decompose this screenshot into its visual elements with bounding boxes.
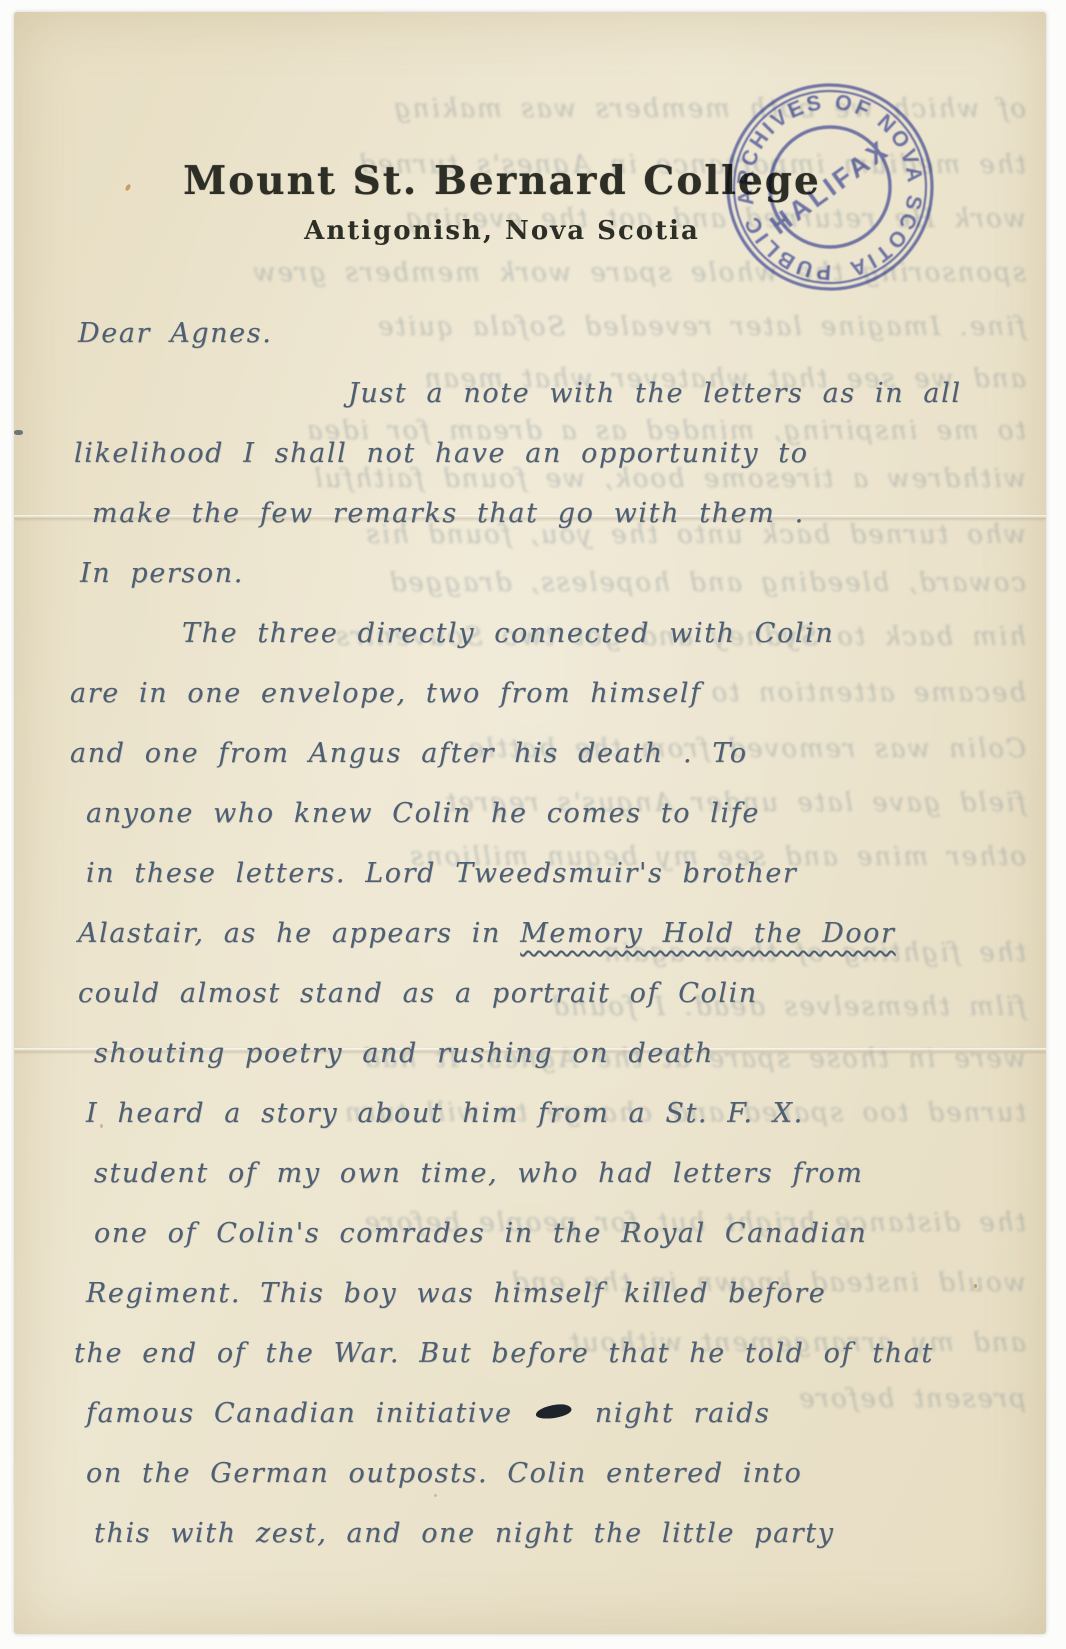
handwriting-segment: this with zest, and one night the little… <box>94 1518 835 1549</box>
handwriting-segment: and one from Angus after his death . To <box>70 738 748 769</box>
handwritten-line: The three directly connected with Colin <box>70 604 1010 664</box>
handwriting-segment: Dear Agnes. <box>78 318 272 349</box>
handwritten-line: and one from Angus after his death . To <box>70 724 1010 784</box>
handwriting-segment: Regiment. This boy was himself killed be… <box>86 1278 826 1309</box>
handwriting-segment: shouting poetry and rushing on death <box>94 1038 714 1069</box>
handwritten-line: Regiment. This boy was himself killed be… <box>70 1264 1010 1324</box>
handwriting-segment: make the few remarks that go with them . <box>92 498 805 529</box>
underlined-book-title: Memory Hold the Door <box>520 918 895 949</box>
handwritten-line: Just a note with the letters as in all <box>70 364 1010 424</box>
handwriting-segment: likelihood I shall not have an opportuni… <box>74 438 809 469</box>
handwritten-line: Alastair, as he appears in Memory Hold t… <box>70 904 1010 964</box>
handwriting-segment: in these letters. Lord Tweedsmuir's brot… <box>86 858 797 889</box>
ink-blot <box>535 1403 572 1420</box>
handwritten-line: In person. <box>70 544 1010 604</box>
handwritten-line: one of Colin's comrades in the Royal Can… <box>70 1204 1010 1264</box>
handwriting-segment: one of Colin's comrades in the Royal Can… <box>94 1218 867 1249</box>
handwritten-line: on the German outposts. Colin entered in… <box>70 1444 1010 1504</box>
letter-body: Dear Agnes.Just a note with the letters … <box>70 304 1010 1564</box>
handwriting-segment: anyone who knew Colin he comes to life <box>86 798 760 829</box>
handwritten-line: could almost stand as a portrait of Coli… <box>70 964 1010 1024</box>
handwritten-line: make the few remarks that go with them . <box>70 484 1010 544</box>
handwriting-segment: are in one envelope, two from himself <box>70 678 702 709</box>
handwritten-line: this with zest, and one night the little… <box>70 1504 1010 1564</box>
handwritten-line: likelihood I shall not have an opportuni… <box>70 424 1010 484</box>
archives-stamp-icon: PUBLIC ARCHIVES OF NOVA SCOTIA HALIFAX <box>717 74 943 300</box>
handwriting-segment: The three directly connected with Colin <box>182 618 834 649</box>
handwriting-segment: the end of the War. But before that he t… <box>74 1338 934 1369</box>
handwriting-segment: I heard a story about him from a St. F. … <box>86 1098 804 1129</box>
handwritten-line: are in one envelope, two from himself <box>70 664 1010 724</box>
handwritten-line: shouting poetry and rushing on death <box>70 1024 1010 1084</box>
handwriting-segment: on the German outposts. Colin entered in… <box>86 1458 802 1489</box>
handwritten-line: student of my own time, who had letters … <box>70 1144 1010 1204</box>
stamp-svg: PUBLIC ARCHIVES OF NOVA SCOTIA HALIFAX <box>717 74 943 300</box>
handwritten-line: the end of the War. But before that he t… <box>70 1324 1010 1384</box>
handwriting-segment: In person. <box>80 558 244 589</box>
handwriting-segment: could almost stand as a portrait of Coli… <box>78 978 758 1009</box>
handwriting-segment: Alastair, as he appears in <box>78 918 520 949</box>
handwritten-line: anyone who knew Colin he comes to life <box>70 784 1010 844</box>
letter-paper: of which we both members was makingthe m… <box>14 12 1046 1634</box>
handwritten-line: in these letters. Lord Tweedsmuir's brot… <box>70 844 1010 904</box>
handwritten-line: Dear Agnes. <box>70 304 1010 364</box>
handwriting-segment: famous Canadian initiative <box>86 1398 532 1429</box>
handwriting-segment: Just a note with the letters as in all <box>348 378 962 409</box>
edge-ink-mark <box>14 430 23 435</box>
handwriting-segment: student of my own time, who had letters … <box>94 1158 864 1189</box>
handwritten-line: famous Canadian initiative night raids <box>70 1384 1010 1444</box>
handwritten-line: I heard a story about him from a St. F. … <box>70 1084 1010 1144</box>
handwriting-segment: night raids <box>576 1398 771 1429</box>
